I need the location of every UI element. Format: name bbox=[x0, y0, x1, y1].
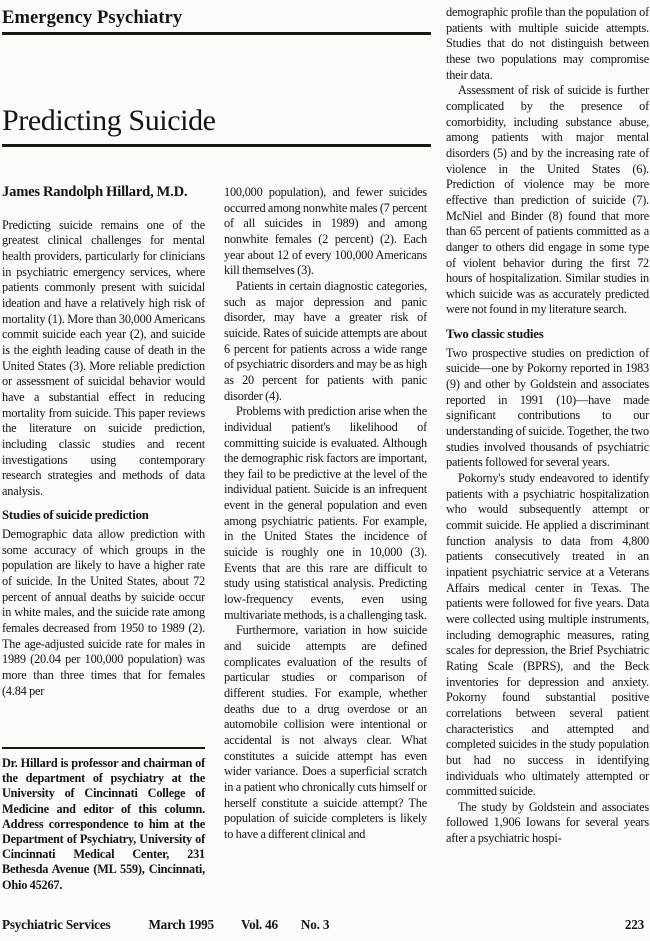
body-paragraph: Furthermore, variation in how suicide an… bbox=[224, 623, 427, 842]
body-paragraph: Predicting suicide remains one of the gr… bbox=[2, 218, 205, 500]
article-title: Predicting Suicide bbox=[2, 104, 431, 138]
body-paragraph: Pokorny's study endeavored to identify p… bbox=[446, 471, 649, 800]
body-paragraph: Patients in certain diagnostic categorie… bbox=[224, 279, 427, 404]
journal-name: Psychiatric Services bbox=[2, 917, 110, 933]
body-paragraph: demographic profile than the population … bbox=[446, 5, 649, 83]
journal-page: Emergency Psychiatry Predicting Suicide … bbox=[0, 0, 650, 941]
body-paragraph: Two prospective studies on prediction of… bbox=[446, 346, 649, 471]
byline: James Randolph Hillard, M.D. bbox=[2, 185, 205, 201]
section-rule bbox=[2, 32, 431, 35]
title-rule bbox=[2, 144, 431, 147]
column-2: 100,000 population), and fewer suicides … bbox=[224, 185, 427, 921]
body-paragraph: The study by Goldstein and associates fo… bbox=[446, 800, 649, 847]
masthead: Emergency Psychiatry Predicting Suicide bbox=[2, 7, 431, 147]
author-note-text: Dr. Hillard is professor and chairman of… bbox=[2, 756, 205, 893]
section-header: Emergency Psychiatry bbox=[2, 7, 431, 29]
body-paragraph: Demographic data allow prediction with s… bbox=[2, 527, 205, 699]
column-1: James Randolph Hillard, M.D. Predicting … bbox=[2, 185, 205, 743]
section-heading: Studies of suicide prediction bbox=[2, 508, 205, 524]
body-paragraph: 100,000 population), and fewer suicides … bbox=[224, 185, 427, 279]
volume-label: Vol. 46 bbox=[241, 917, 278, 933]
footer: Psychiatric Services March 1995 Vol. 46 … bbox=[2, 917, 644, 933]
issue-date: March 1995 bbox=[148, 917, 214, 933]
author-note: Dr. Hillard is professor and chairman of… bbox=[2, 747, 205, 893]
issue-number: No. 3 bbox=[301, 917, 329, 933]
page-number: 223 bbox=[625, 917, 644, 933]
body-paragraph: Assessment of risk of suicide is further… bbox=[446, 83, 649, 318]
section-heading: Two classic studies bbox=[446, 327, 649, 343]
body-paragraph: Problems with prediction arise when the … bbox=[224, 404, 427, 623]
column-3: demographic profile than the population … bbox=[446, 5, 649, 919]
